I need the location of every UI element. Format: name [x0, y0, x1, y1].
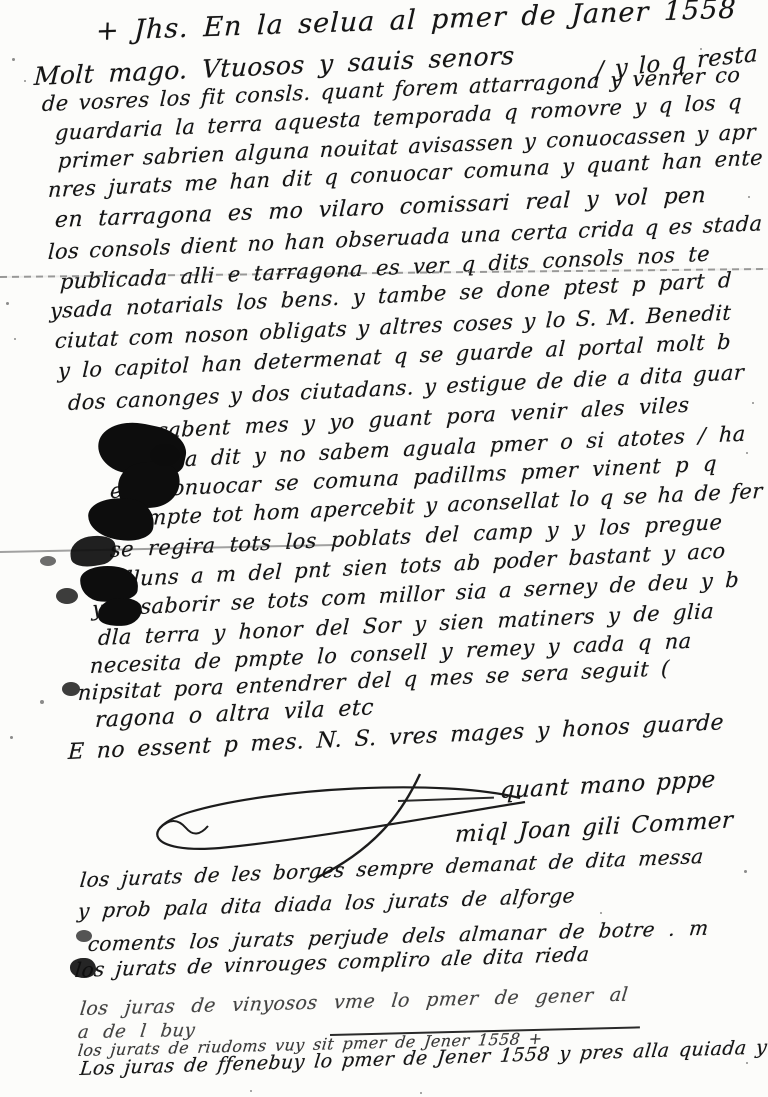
- ink-blot: [150, 444, 180, 466]
- ink-blot: [70, 958, 96, 978]
- ink-blot: [40, 556, 56, 566]
- scan-speck: [744, 870, 747, 873]
- ink-blot: [68, 532, 119, 570]
- scan-speck: [24, 80, 26, 82]
- scan-speck: [250, 1090, 252, 1092]
- postscript-line: y prob pala dita diada los jurats de alf…: [77, 883, 577, 923]
- scan-speck: [12, 58, 15, 61]
- postscript-line: los juras de vinyosos vme lo pmer de gen…: [79, 984, 630, 1020]
- ink-blot: [76, 930, 92, 942]
- manuscript-scan: + Jhs. En la selua al pmer de Janer 1558…: [0, 0, 768, 1097]
- scan-speck: [600, 912, 602, 914]
- scan-speck: [700, 48, 702, 50]
- ink-blot: [62, 682, 80, 696]
- dateline: + Jhs. En la selua al pmer de Janer 1558: [95, 0, 737, 47]
- scan-speck: [746, 1062, 748, 1064]
- scan-speck: [746, 452, 748, 454]
- scan-speck: [6, 302, 9, 305]
- scan-speck: [748, 196, 750, 198]
- scan-speck: [14, 338, 16, 340]
- scan-speck: [752, 402, 754, 404]
- scan-speck: [420, 1092, 422, 1094]
- scan-speck: [40, 700, 44, 704]
- ink-blot: [56, 588, 78, 604]
- scan-speck: [10, 736, 13, 739]
